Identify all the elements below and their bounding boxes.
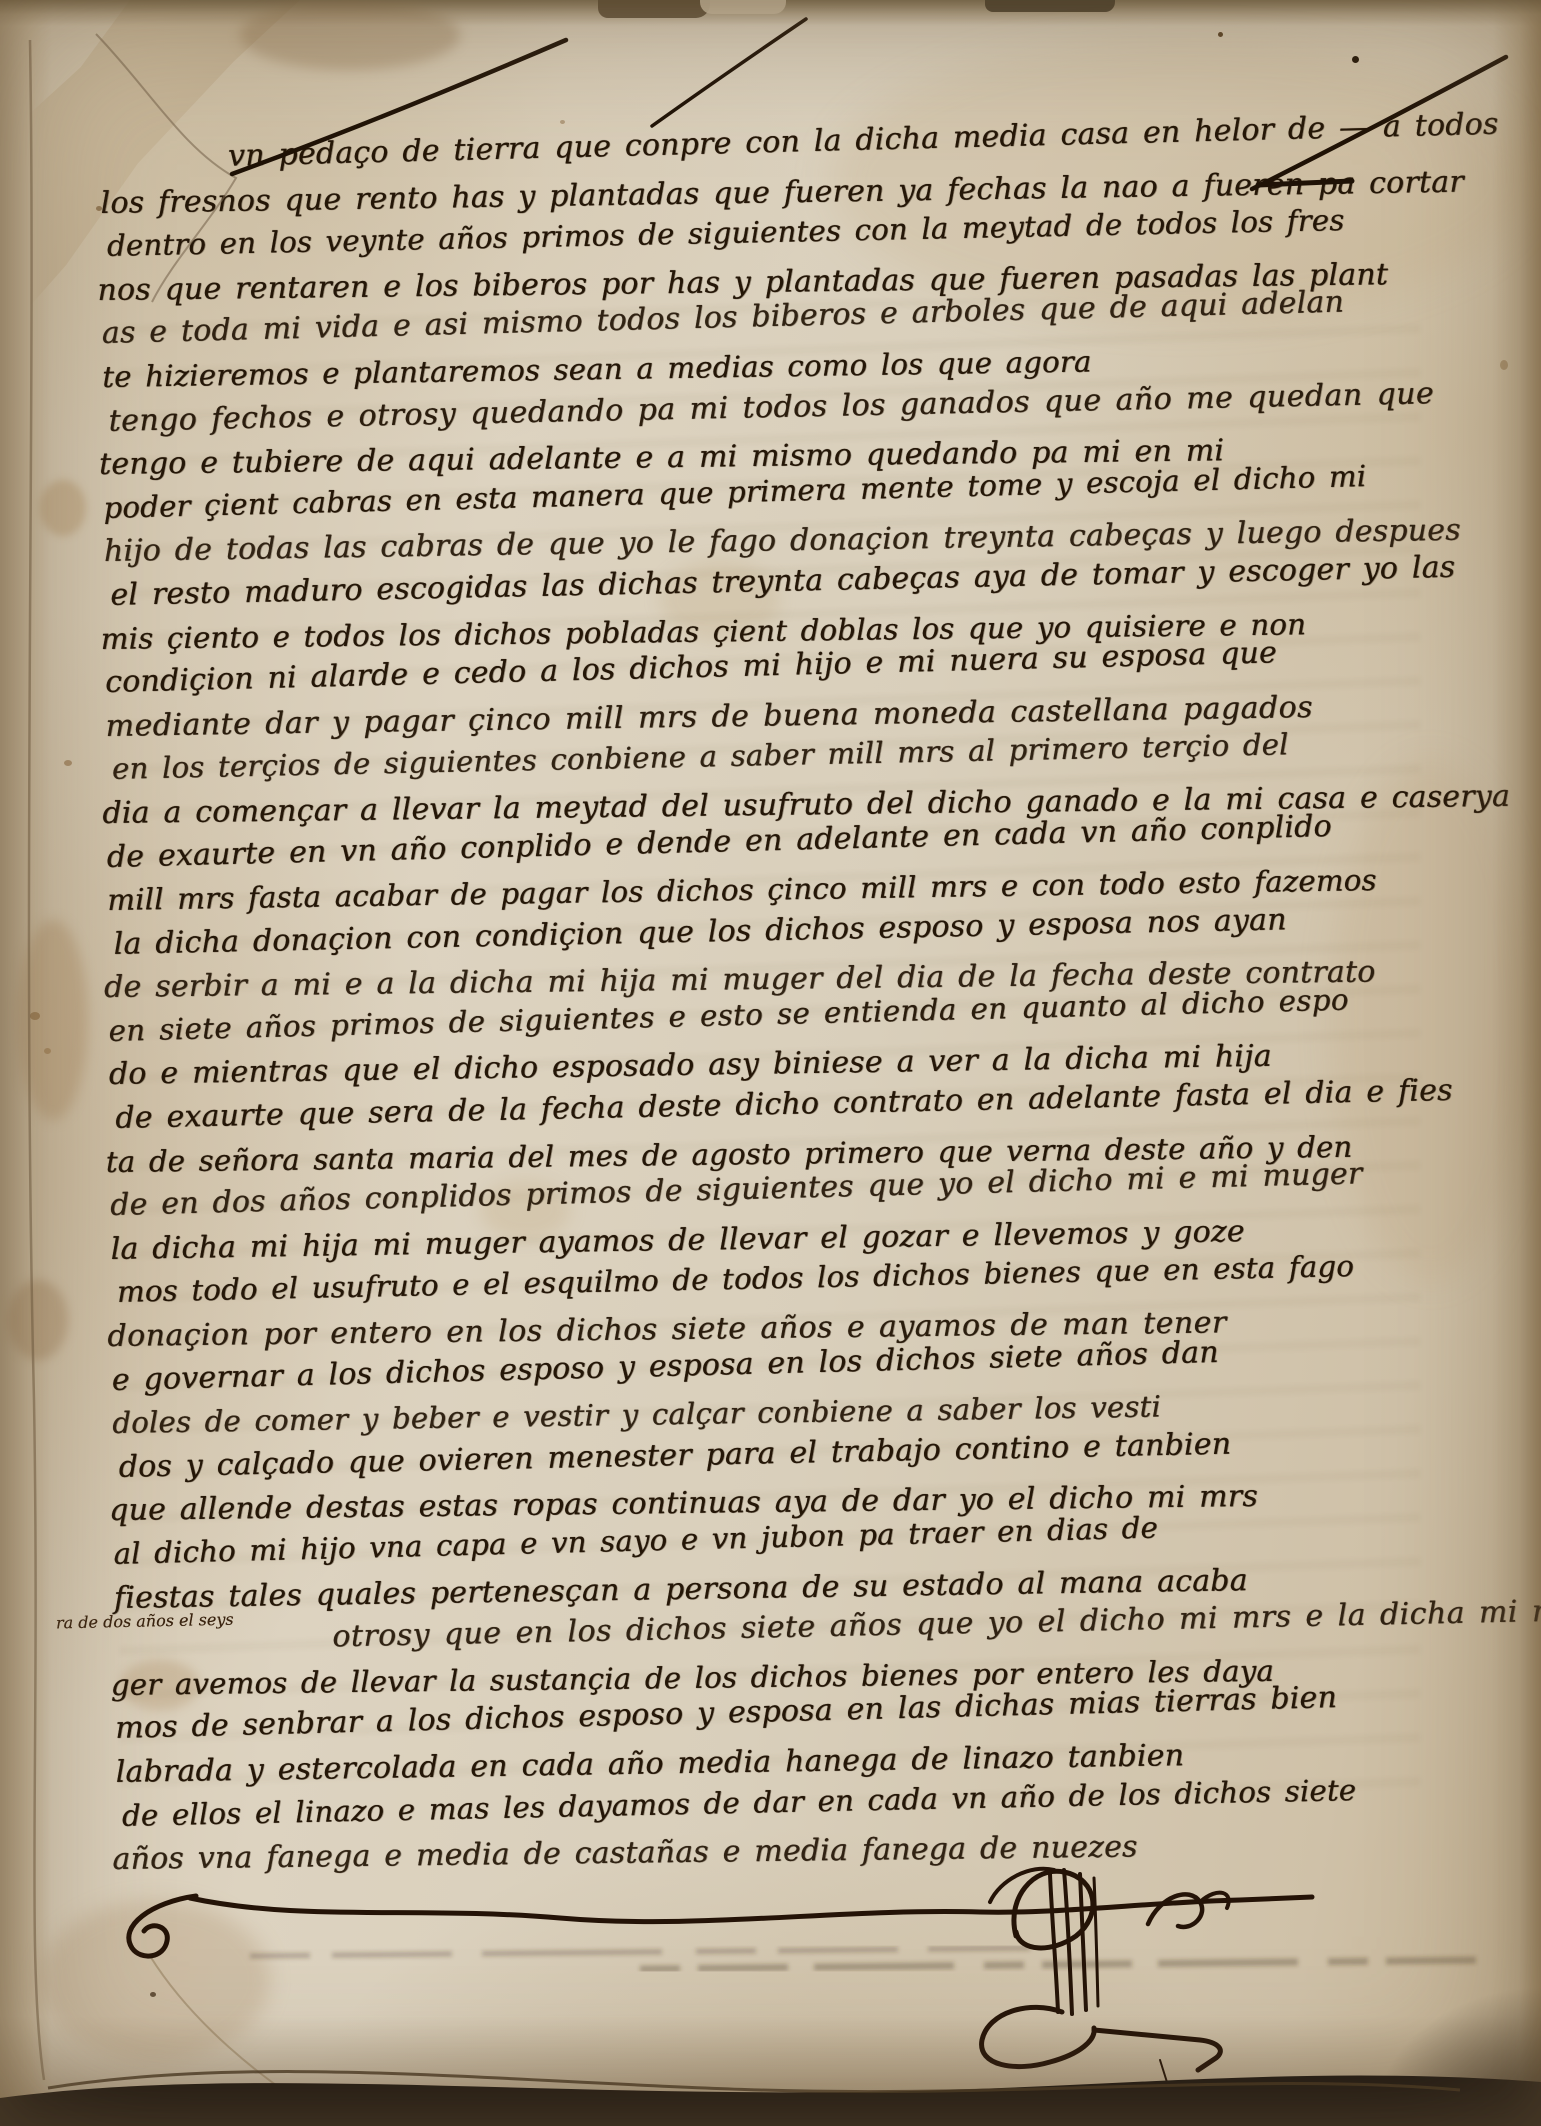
foxing-spot — [30, 1012, 40, 1020]
top-edge-dark-notch — [985, 0, 1115, 12]
foxing-spot — [150, 1992, 156, 1997]
foxing-spot — [560, 120, 565, 124]
foxing-spot — [64, 760, 72, 766]
foxing-spot — [44, 1048, 51, 1054]
manuscript-text: vn pedaço de tierra que conpre con la di… — [100, 125, 1517, 1882]
shadow-corner-bottom-right — [1371, 1986, 1541, 2126]
top-edge-dark-notch — [598, 0, 710, 18]
manuscript-photo: vn pedaço de tierra que conpre con la di… — [0, 0, 1541, 2126]
top-edge-light-flap — [700, 0, 786, 14]
foxing-spot — [1218, 32, 1223, 37]
ink-spot — [1352, 56, 1359, 63]
page-edge-left — [0, 0, 52, 2126]
page-curl-bottom — [0, 2016, 1541, 2126]
